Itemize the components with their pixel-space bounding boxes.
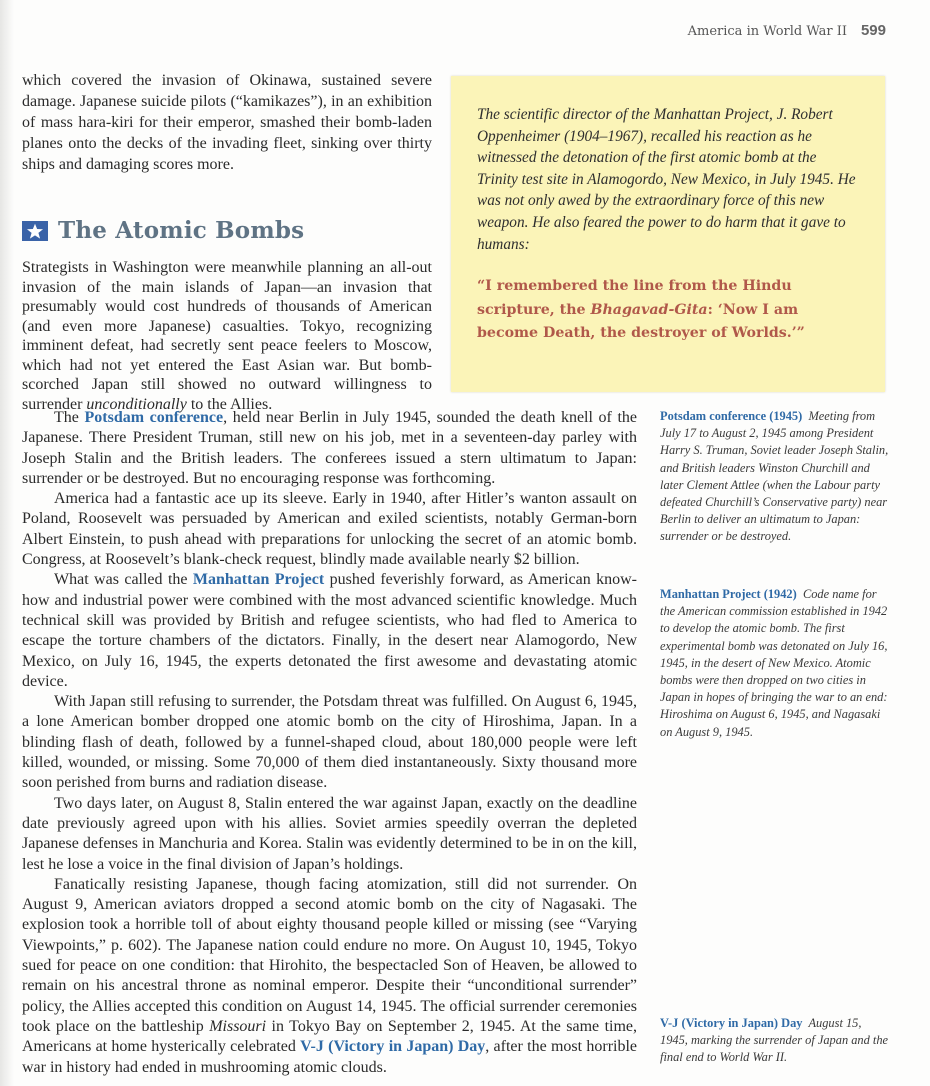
- paragraph-nagasaki-surrender: Fanatically resisting Japanese, though f…: [22, 875, 637, 1078]
- intro-text: Strategists in Washington were meanwhile…: [22, 259, 432, 413]
- key-term-potsdam-conference[interactable]: Potsdam conference: [85, 409, 224, 426]
- paragraph-stalin: Two days later, on August 8, Stalin ente…: [22, 794, 637, 875]
- glossary-term: Potsdam conference (1945): [660, 409, 802, 423]
- text: The: [54, 409, 85, 426]
- oppenheimer-quote: “I remembered the line from the Hindu sc…: [477, 275, 861, 346]
- ship-name: Missouri: [209, 1018, 266, 1035]
- intro-paragraph: Strategists in Washington were meanwhile…: [22, 258, 432, 414]
- glossary-entry-vj-day: V-J (Victory in Japan) Day August 15, 19…: [660, 1015, 890, 1067]
- main-body-text: The Potsdam conference, held near Berlin…: [22, 408, 637, 1078]
- paragraph-hiroshima: With Japan still refusing to surrender, …: [22, 692, 637, 793]
- paragraph-ace-up-sleeve: America had a fantastic ace up its sleev…: [22, 489, 637, 570]
- text: Fanatically resisting Japanese, though f…: [22, 876, 637, 1035]
- glossary-term: V-J (Victory in Japan) Day: [660, 1016, 802, 1030]
- page-number: 599: [861, 22, 886, 39]
- running-head: America in World War II 599: [688, 22, 886, 39]
- paragraph-text: which covered the invasion of Okinawa, s…: [22, 70, 432, 175]
- glossary-entry-manhattan: Manhattan Project (1942) Code name for t…: [660, 586, 890, 741]
- glossary-definition: Code name for the American commission es…: [660, 587, 888, 739]
- page-gutter-shadow: [0, 0, 14, 1086]
- running-head-title: America in World War II: [688, 24, 847, 39]
- primary-source-quote-box: The scientific director of the Manhattan…: [451, 76, 885, 392]
- star-icon: [22, 221, 48, 241]
- text: pushed feverishly forward, as American k…: [22, 571, 637, 689]
- continued-paragraph: which covered the invasion of Okinawa, s…: [22, 70, 432, 175]
- section-title: The Atomic Bombs: [58, 217, 304, 244]
- glossary-term: Manhattan Project (1942): [660, 587, 797, 601]
- key-term-manhattan-project[interactable]: Manhattan Project: [193, 571, 324, 588]
- quote-emphasis: Bhagavad-Gita: [591, 302, 708, 318]
- quote-context: The scientific director of the Manhattan…: [477, 104, 861, 255]
- glossary-entry-potsdam: Potsdam conference (1945) Meeting from J…: [660, 408, 890, 546]
- text: What was called the: [54, 571, 193, 588]
- section-heading: The Atomic Bombs: [22, 217, 304, 244]
- key-term-vj-day[interactable]: V-J (Victory in Japan) Day: [300, 1038, 485, 1055]
- paragraph-manhattan-project: What was called the Manhattan Project pu…: [22, 570, 637, 692]
- paragraph-potsdam: The Potsdam conference, held near Berlin…: [22, 408, 637, 489]
- section-intro: Strategists in Washington were meanwhile…: [22, 258, 432, 414]
- glossary-definition: Meeting from July 17 to August 2, 1945 a…: [660, 409, 888, 543]
